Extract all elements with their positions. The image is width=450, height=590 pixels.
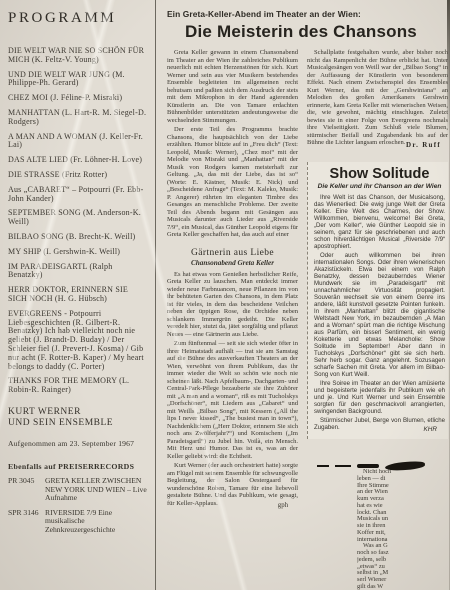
- also-on-label-heading: Ebenfalls auf PREISERRECORDS: [8, 462, 149, 471]
- review3-paragraph: Ihre Welt ist das Chanson, der Musicalso…: [314, 194, 445, 250]
- catalog-number: SPR 3146: [8, 509, 45, 535]
- ensemble-credit: KURT WERNER UND SEIN ENSEMBLE: [8, 407, 149, 430]
- program-item: DIE STRASSE (Fritz Rotter): [8, 171, 149, 180]
- review3-paragraph: Oder auch willkommen bei ihren internati…: [314, 252, 445, 378]
- review-columns: Greta Keller gewann in einem Chansonaben…: [167, 49, 448, 509]
- review-column-1: Greta Keller gewann in einem Chansonaben…: [167, 49, 298, 509]
- gaertnerin-heading: Gärtnerin aus Liebe: [167, 248, 298, 258]
- gaertnerin-subtitle: Chansonabend Greta Keller: [167, 259, 298, 267]
- separator-dash: [335, 465, 351, 468]
- separator-blob: [385, 461, 425, 472]
- reviews-region: Ein Greta-Keller-Abend im Theater an der…: [167, 9, 448, 509]
- program-item: THANKS FOR THE MEMORY (L. Robin-R. Raing…: [8, 377, 149, 395]
- review2-paragraph: Es hat etwas vom Genießen herbstlicher R…: [167, 271, 298, 339]
- catalog-record: SPR 3146 RIVERSIDE 7/9 Eine musikalische…: [8, 509, 149, 535]
- review-column-2: Schallplatte festgehalten wurde, aber bi…: [307, 49, 448, 509]
- recording-date: Aufgenommen am 23. September 1967: [8, 439, 149, 448]
- review2-paragraph: Kurt Werner (der auch orchestriert hatte…: [167, 462, 298, 507]
- program-item: DIE WELT WAR NIE SO SCHÖN FÜR MICH (K. F…: [8, 47, 149, 65]
- program-item: MY SHIP (I. Gershwin-K. Weill): [8, 248, 149, 257]
- separator-dash: [317, 465, 329, 467]
- program-item: UND DIE WELT WAR JUNG (M. Philippe-Ph. G…: [8, 71, 149, 89]
- program-item: Aus „CABARET“ – Potpourri (Fr. Ebb-John …: [8, 186, 149, 204]
- program-item: CHEZ MOI (J. Féline-P. Misraki): [8, 94, 149, 103]
- catalog-record: PR 3045 GRETA KELLER ZWISCHEN NEW YORK U…: [8, 477, 149, 503]
- column-divider-rule: [155, 0, 156, 590]
- review2-paragraph: Zum fünftenmal — seit sie sich wieder öf…: [167, 340, 298, 460]
- catalog-title: RIVERSIDE 7/9 Eine musikalische Zehnkreu…: [45, 509, 149, 535]
- review1-paragraph: Der erste Teil des Programms brachte Cha…: [167, 126, 298, 239]
- review-kicker: Ein Greta-Keller-Abend im Theater an der…: [167, 9, 448, 19]
- review3-paragraph: Ihre Soiree im Theater an der Wien amüsi…: [314, 380, 445, 415]
- program-item: IM PARADEISGARTL (Ralph Benatzky): [8, 263, 149, 281]
- show-solitude-subtitle: Die Keller und ihr Chanson an der Wien: [314, 183, 445, 190]
- program-item: EVERGREENS - Potpourri Liebesgeschichten…: [8, 310, 149, 372]
- truncated-clipping: Nicht hoch leben — di Ihre Stimme an der…: [357, 469, 450, 590]
- program-item: DAS ALTE LIED (Fr. Löhner-H. Love): [8, 156, 149, 165]
- scanned-program-page: { "program": { "title": "PROGRAMM", "ite…: [0, 0, 450, 590]
- separator-dash: [357, 464, 379, 468]
- review1-paragraph: Schallplatte festgehalten wurde, aber bi…: [307, 49, 448, 147]
- program-item: BILBAO SONG (B. Brecht-K. Weill): [8, 233, 149, 242]
- show-solitude-heading: Show Solitude: [314, 166, 445, 182]
- ensemble-line2: UND SEIN ENSEMBLE: [8, 418, 149, 430]
- program-item: HERR DOKTOR, ERINNERN SIE SICH NOCH (H. …: [8, 286, 149, 304]
- ensemble-line1: KURT WERNER: [8, 407, 149, 419]
- review1-paragraph: Greta Keller gewann in einem Chansonaben…: [167, 49, 298, 124]
- program-item: SEPTEMBER SONG (M. Anderson-K. Weill): [8, 209, 149, 227]
- catalog-title: GRETA KELLER ZWISCHEN NEW YORK UND WIEN …: [45, 477, 149, 503]
- fragment-line: gilt das W: [357, 584, 450, 590]
- review-headline: Die Meisterin des Chansons: [185, 22, 448, 42]
- ink-swoosh-separator: [317, 462, 432, 470]
- catalog-number: PR 3045: [8, 477, 45, 503]
- program-item: MANHATTAN (L. Hart-R. M. Siegel-D. Rodge…: [8, 109, 149, 127]
- program-column: PROGRAMM DIE WELT WAR NIE SO SCHÖN FÜR M…: [8, 10, 149, 534]
- program-title: PROGRAMM: [8, 10, 149, 27]
- show-solitude-clipping: Show Solitude Die Keller und ihr Chanson…: [307, 162, 448, 439]
- program-item: A MAN AND A WOMAN (J. Keller-Fr. Lai): [8, 133, 149, 151]
